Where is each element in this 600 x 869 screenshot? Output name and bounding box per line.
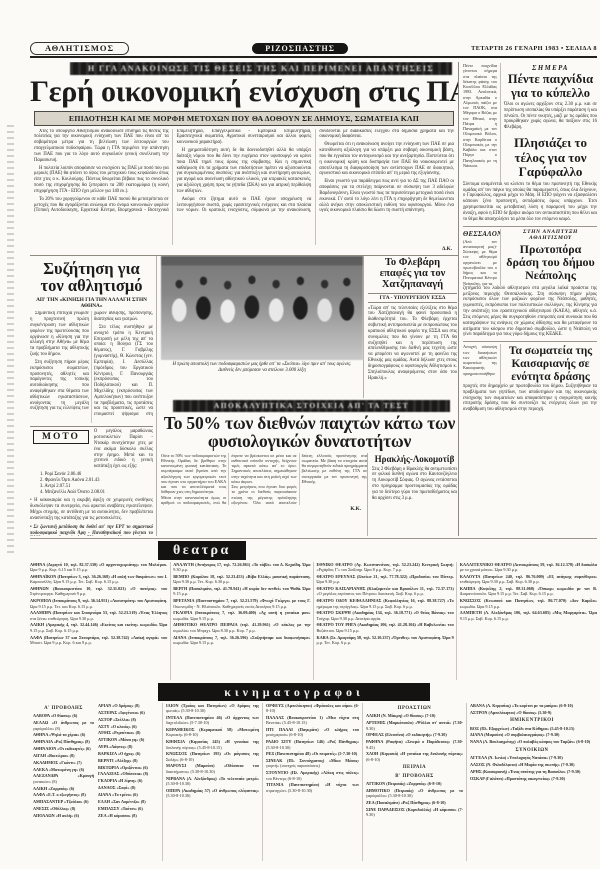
listing-entry: ΑΘΗΝΑ (Δεριγνύ 10, τηλ. 82.37.330) «Ο αρ… bbox=[30, 562, 167, 573]
listing-entry: ΒΙΚΤΩΡΙΑ «Οριζόντια» (6) bbox=[98, 765, 159, 770]
listing-subheader: Β' ΠΡΟΒΟΛΗΣ bbox=[366, 774, 463, 780]
listing-subheader: Α' ΠΡΟΒΟΛΗΣ bbox=[33, 706, 94, 712]
listing-entry: ΔΙΑΝΑ (Ιπποκράτους 7, τηλ. 36.26.596) «Σ… bbox=[173, 635, 310, 646]
cup-headline: Πέντε παιχνίδια για το κύπελλο bbox=[504, 73, 597, 100]
listing-entry: ΟΡΦΕΑΣ (Ελευσίνα) «Ο εκδικητής» (7-9.30) bbox=[366, 732, 463, 737]
content-area: Η ΓΓΑ ΑΝΑΚΟΙΝΩΣΕ ΤΙΣ ΘΕΣΕΙΣ ΤΗΣ ΚΑΙ ΠΕΡΙ… bbox=[30, 62, 597, 536]
cinemas-column-3: ΟΡΦΕΥΣ (Αμπελόκηποι) «Φράουλες και αίμα»… bbox=[262, 703, 362, 861]
listing-entry: ΑΛΕΞΑΝΔΡΑ «Κραυγή γυναικών» (8) bbox=[33, 773, 94, 784]
iraklis-article: Ηρακλής-Λοκομοτίβ Στις 2 Φλεβάρη ο Ηρακλ… bbox=[367, 453, 458, 536]
cinemas-column-4: ΠΡΟΑΣΤΙΩΝΑΛΙΚΗ (Ν. Μάκρη) «Ο θίασος» (7-… bbox=[362, 703, 466, 861]
discussion-headline: Συζήτηση για τον αθλητισμό bbox=[30, 260, 153, 295]
moto-note: • Η κακοκαιρία και η ακριβή άφιξη σε χει… bbox=[30, 498, 153, 521]
kaisariani-main: Τα σωματεία της Καισαριανής σε ενότητα δ… bbox=[501, 344, 597, 384]
page-header: ΑΘΛΗΤΙΣΜΟΣ ΡΙΖΟΣΠΑΣΤΗΣ ΤΕΤΑΡΤΗ 26 ΓΕΝΑΡΗ… bbox=[30, 42, 597, 58]
listing-entry: ΑΥΡΑ «Δάφνες» (8) bbox=[98, 744, 159, 749]
listing-entry: ΑΚΑΔΗΜΟΣ «Γκάντι» (7) bbox=[33, 760, 94, 765]
lead-subhead: ΕΠΙΔΟΤΗΣΗ ΚΑΙ ΜΕ ΜΟΡΦΗ ΜΕΤΟΧΩΝ ΠΟΥ ΘΑ ΔΟ… bbox=[34, 111, 454, 126]
listing-entry: ΑΘΗΝΑΪΚΟΝ (Πατησίων 3, τηλ. 36.26.168) «… bbox=[30, 574, 167, 585]
listing-entry: ΣΤΟΥΝΤΙΟ (Πλ. Αμερικής) «Αλίκη στις πόλε… bbox=[266, 770, 359, 781]
moto-intro: Ο μεγάλος μαραθώνιος μοτοσικλετών Παρίσι… bbox=[94, 429, 153, 470]
hatzipanagis-body: «Τώρα απ' τις τελευταίες εξελίξεις στο θ… bbox=[368, 306, 457, 382]
listing-entry: ΚΑΛΟΥΤΑ (Πατησίων 240, τηλ. 86.76.009) «… bbox=[460, 574, 597, 585]
thessaloniki-kicker: ΘΕΣΣΑΛΟΝΙΚΗ bbox=[463, 231, 497, 238]
neapolis-body: ζητήματα του λαϊκού αθλητισμού στα μεγάλ… bbox=[463, 286, 597, 338]
listing-entry: ΑΘΗΝΑΙΑ «Ροζ Πάνθηρας» (8) bbox=[33, 739, 94, 744]
hatzipanagis-subhead: ΓΓΑ - ΥΠΟΥΡΓΕΙΟΥ ΕΣΣΔ bbox=[368, 293, 457, 303]
listing-entry: ΖΕΑ «Η κόμισσα» (8) bbox=[98, 813, 159, 818]
listing-entry: ΑΛΣΟΣ (Ν. Φιλαδέλφεια) «Η Μαρία της σιωπ… bbox=[470, 762, 594, 767]
listing-entry: ΓΑΛΑΞΙΑΣ «Οδύσσεια» (8) bbox=[98, 771, 159, 776]
listing-entry: ΚΑΛΛΙΤΕΧΝΙΚΟ ΘΕΑΤΡΟ (Δεινοκράτους 59, τη… bbox=[460, 562, 597, 573]
discussion-subhead: ΑΠ' ΤΗΝ «ΚΙΝΗΣΗ ΓΙΑ ΤΗΝ ΑΛΛΑΓΗ ΣΤΗΝ ΑΘΗΝ… bbox=[30, 297, 153, 309]
discussion-body: Σημαντική επιτυχία γνώρισε η προχτεσινή … bbox=[30, 311, 153, 423]
lead-body: Χτες το υπουργείο Αθλητισμού ανακοίνωσε … bbox=[30, 129, 458, 245]
listing-entry: ΓΚΛΟΡΙΑ «Η λίμνη» (6) bbox=[98, 778, 159, 783]
listing-entry: ΔΑΝΑΟΣ «Σοφί» (8) bbox=[98, 785, 159, 790]
listing-entry: ΑΤΤΙΚΟΝ (Πειραιάς) «Ζορμπάς» (6-8-10) bbox=[366, 781, 463, 786]
listing-entry: ΔΗΜΟΤΙΚΟ (Πειραιάς) «Ο άνθρωπος με το γα… bbox=[366, 788, 463, 799]
listing-entry: Είναι γνωστό για παράδειγμα πως αντί για… bbox=[319, 179, 454, 214]
listing-entry: ΝΑΝΑ (Λ. Βουλιαγμένης) «Ο παλαβός κόσμος… bbox=[470, 739, 594, 744]
listing-entry: Η πολιτεία λοιπόν αποφάσισε να ενισχύσει… bbox=[34, 166, 169, 195]
listing-entry: ΚΝΩΣΣΟΣ (Πατησίων 195) «Οι μάγισσες της … bbox=[166, 751, 259, 762]
main-column: Η ΓΓΑ ΑΝΑΚΟΙΝΩΣΕ ΤΙΣ ΘΕΣΕΙΣ ΤΗΣ ΚΑΙ ΠΕΡΙ… bbox=[30, 62, 458, 536]
listing-subheader: ΗΜΙΚΕΝΤΡΙΚΟΙ bbox=[470, 718, 594, 724]
cup-brief: Πέντε παιχνίδια γίνονται σήμερα στα πλαί… bbox=[463, 63, 501, 182]
listing-entry: ΚΑΒΑ (Στ. Δραγούμη 58, τηλ. 52.10.237) «… bbox=[317, 635, 454, 646]
kaisariani-headline: Τα σωματεία της Καισαριανής σε ενότητα δ… bbox=[504, 345, 597, 384]
listing-entry: ΘΕΑΤΡΟ ΚΑΙΣΑΡΙΑΝΗΣ (Κλαζομενών και Βρυού… bbox=[317, 586, 454, 597]
listing-entry: ΑΚΡΟΠΟΛ (Ιπποκράτους 9, τηλ. 36.14.951) … bbox=[30, 598, 167, 609]
lead-headline: Γερή οικονομική ενίσχυση στις ΠΑΕ bbox=[30, 77, 458, 108]
neapolis-headline: Πρωτοπόρα δράση του δήμου Νεάπολης bbox=[504, 243, 597, 283]
moto-tv-note: • Σε ζωντανή μετάδοση θα δοθεί απ' την Ε… bbox=[30, 525, 153, 536]
listing-entry: ΚΑΠΠΑ (Κυψέλης 2, τηλ. 88.31.068) «Όσκαρ… bbox=[460, 586, 597, 597]
listing-entry: ΒΡΕΤΑΝΙΑ (Πανεπιστημίου 7, τηλ. 32.21.57… bbox=[173, 598, 310, 609]
listing-entry: ΡΑΦΗΝΑ (Ραφήνα) «Σινεμά ο Παράδεισος» (7… bbox=[366, 739, 463, 750]
tests-article: ΑΠΟΚΑΛΥΠΤΙΚΑ ΣΤΟΙΧΕΙΑ ΑΠ' ΤΑ ΤΕΣΤ Το 50%… bbox=[161, 400, 458, 536]
lead-kicker-banner: Η ΓΓΑ ΑΝΑΚΟΙΝΩΣΕ ΤΙΣ ΘΕΣΕΙΣ ΤΗΣ ΚΑΙ ΠΕΡΙ… bbox=[70, 62, 452, 75]
listing-entry: Χτες το υπουργείο Αθλητισμού ανακοίνωσε … bbox=[34, 129, 169, 164]
listing-entry: ΧΛΟΗ (Κηφισιά) «Η γυναίκα της διπλανής π… bbox=[366, 751, 463, 762]
today-kicker: ΣΗΜΕΡΑ bbox=[504, 65, 597, 72]
tests-headline: Το 50% των διεθνών παιχτών κάτω των φυσι… bbox=[161, 414, 458, 450]
section-label: ΑΘΛΗΤΙΣΜΟΣ bbox=[30, 42, 129, 55]
listing-entry: ΔΙΑΝΑ (Μαρούσι) «Ο συμβολαιογράφος» (7-9… bbox=[470, 732, 594, 737]
listing-entry: ΘΕΑΤΡΟ ΤΟΥ ΡΗΓΑ (Ακαδημίας 106, τηλ. 41.… bbox=[317, 622, 454, 633]
listing-entry: Στο τέλος συστήθηκε με ανοιχτό τρόπο η Κ… bbox=[94, 311, 153, 423]
discussion-article: Συζήτηση για τον αθλητισμό ΑΠ' ΤΗΝ «ΚΙΝΗ… bbox=[30, 260, 153, 424]
listing-entry: ΔΗΜΟΤΙΚΟ ΘΕΑΤΡΟ ΠΕΙΡΑΙΑ (τηλ. 41.29.961)… bbox=[173, 622, 310, 633]
listing-entry: ΚΕΡΑΜΕΙΚΟΣ (Κεραμεικού 58) «Ματωμένη Κυρ… bbox=[166, 727, 259, 738]
listing-entry: Η χρηματοδότηση αυτή δε θα δανειοδοτηθεί… bbox=[177, 148, 312, 195]
theatres-label: θεατρα bbox=[158, 541, 246, 560]
listing-entry: ΘΕΑΤΡΟ ΟΔΟΥ ΚΕΦΑΛΛΗΝΙΑΣ (Κεφαλληνίας 16,… bbox=[317, 598, 454, 609]
listing-entry: ΝΙΡΒΑΝΑ (Λ. Αλεξάνδρας) «Το τελευταίο με… bbox=[166, 776, 259, 787]
newspaper-page: ΑΘΛΗΤΙΣΜΟΣ ΡΙΖΟΣΠΑΣΤΗΣ ΤΕΤΑΡΤΗ 26 ΓΕΝΑΡΗ… bbox=[0, 0, 600, 869]
photo-block: Η πρώτη αποστολή των ποδοσφαιριστών μας … bbox=[161, 256, 363, 398]
listing-entry: ΡΑΔΙΟ ΣΙΤΥ (Πατησίων 146) «Ροζ Πάνθηρας»… bbox=[266, 739, 359, 750]
listing-entry: ΛΑΜΠΕΤΗ (Λ. Αλεξάνδρας 106, τηλ. 64.63.6… bbox=[460, 610, 597, 621]
listing-entry: ΘΕΑΤΡΟ ΕΡΕΥΝΑΣ (Ιλισίων 21, τηλ. 77.78.3… bbox=[317, 574, 454, 585]
listing-entry: ΟΡΦΕΥΣ (Αμπελόκηποι) «Φράουλες και αίμα»… bbox=[266, 703, 359, 714]
cinemas-listings: Α' ΠΡΟΒΟΛΗΣΑΑΒΟΡΑ «Ο θίασος» (6)ΑΕΛΛΩ «Ο… bbox=[30, 703, 597, 861]
tests-kicker-banner: ΑΠΟΚΑΛΥΠΤΙΚΑ ΣΤΟΙΧΕΙΑ ΑΠ' ΤΑ ΤΕΣΤ bbox=[173, 400, 450, 412]
photo-caption: Η πρώτη αποστολή των ποδοσφαιριστών μας … bbox=[161, 360, 363, 374]
neapolis-main: ΣΤΗΝ ΑΝΑΠΤΥΞΗ ΑΘΛΗΤΙΣΜΟΥ Πρωτοπόρα δράση… bbox=[501, 229, 597, 286]
listing-entry: ΙΛΙΟΝ (Τροίας και Πατησίων) «Ο δρόμος τη… bbox=[166, 703, 259, 714]
tests-body-row: Ούτε το 50% των ποδοσφαιριστών της Εθνικ… bbox=[161, 453, 458, 536]
iraklis-headline: Ηρακλής-Λοκομοτίβ bbox=[372, 455, 457, 465]
listing-entry: ΘΕΑΤΡΟ ΣΚΕΨΗ (Ακαδημίας 134, τηλ. 36.18.… bbox=[317, 610, 454, 621]
listing-entry: ΠΑΛΛΑΣ (Βουκουρεστίου 1) «Μια νύχτα στη … bbox=[266, 715, 359, 726]
listing-entry: ΑΝΑΛΥΤΗ (Αντήνορος 17, τηλ. 72.26.861) «… bbox=[173, 562, 310, 573]
tests-body: Ούτε το 50% των ποδοσφαιριστών της Εθνικ… bbox=[161, 453, 367, 506]
listing-entry: ΑΛΕΚΑ «Ματωμένη γη» (6) bbox=[33, 767, 94, 772]
neapolis-section: ΘΕΣΣΑΛΟΝΙΚΗ (Από τον ανταποκριτή μας)- Σ… bbox=[463, 226, 597, 339]
right-rail: Πέντε παιχνίδια γίνονται σήμερα στα πλαί… bbox=[458, 62, 597, 536]
listing-entry: ΑΜΠΑΣΑΝΤΕΡ «Τζούλια» (6) bbox=[33, 799, 94, 804]
listings-section: θεατρα ΑΘΗΝΑ (Δεριγνύ 10, τηλ. 82.37.330… bbox=[30, 538, 597, 863]
garyfallos-headline: Πλησιάζει το τέλος για τον Γαρύφαλλο bbox=[508, 136, 593, 180]
thessaloniki-note: (Από τον ανταποκριτή μας)- Σύσκεψη με θέ… bbox=[463, 239, 497, 286]
listing-entry: ΑΕΛΛΩ «Ο άνθρωπος με το γαρύφαλλο» (8) bbox=[33, 720, 94, 731]
listing-entry: ΤΙΤΑΝΙΑ (Πανεπιστημίου) «Η νύχτα των στρ… bbox=[266, 782, 359, 793]
listing-entry: ΣΙΝΕ ΠΑΡΑΔΕΙΣΟΣ (Κορυδαλλός) «Η κόμισσα»… bbox=[366, 807, 463, 818]
team-photo bbox=[161, 256, 363, 360]
listing-entry: ΑΛΙΚΗ (Αμερικής 4, τηλ. 32.44.146) «Εκεί… bbox=[30, 622, 167, 633]
listing-entry: ΕΛΛΗ «Σαν Λορέντζο» (8) bbox=[98, 799, 159, 804]
listing-entry: ΚΝΩΣΣΟΣ (Κνωσσού και Πατησίων, τηλ. 86.7… bbox=[460, 598, 597, 609]
listing-entry: ΑΓΓΕΛΑ (Ν. Ιωνία) «Υπολοχαγός Νατάσα» (7… bbox=[470, 755, 594, 760]
listing-entry: ΑΡΤΕΜΙΣ (Μαρκόπουλο) «Ψύλλοι στ' αυτιά» … bbox=[366, 720, 463, 731]
listing-entry: ΒΕΡΓΗ (Πασαλιμάνι, τηλ. 41.78.941) «Η κυ… bbox=[173, 586, 310, 597]
listing-entry: ΑΤΘΙΣ «Ρεμπέτικο» (8) bbox=[98, 730, 159, 735]
listing-entry: ΕΜΠΑΣΣΥ «Τοότσι» (6) bbox=[98, 806, 159, 811]
listing-subheader: ΣΥΝΟΙΚΙΩΝ bbox=[470, 748, 594, 754]
kaisariani-section: Ανοιχτή σύσκεψη των διοικήσεων των αθλητ… bbox=[463, 341, 597, 413]
listing-entry: ΟΣΚΑΡ (Γαλάτσι) «Προστάτης οικογενείας» … bbox=[470, 776, 594, 781]
garyfallos-body: Σύντομα αναμένεται να κλείσει το θέμα το… bbox=[463, 182, 597, 223]
listing-entry: ΙΝΤΕΑΛ (Πανεπιστημίου 46) «Ο άρχοντας τω… bbox=[166, 715, 259, 726]
theatres-block: θεατρα ΑΘΗΝΑ (Δεριγνύ 10, τηλ. 82.37.330… bbox=[30, 539, 597, 680]
cup-main: ΣΗΜΕΡΑ Πέντε παιχνίδια για το κύπελλο Όλ… bbox=[501, 63, 597, 182]
listing-entry: ΔΙΑΝΑ «Το τρένο» (6) bbox=[98, 792, 159, 797]
listing-entry: ΑΛΦΑ (Πατησίων 37 και Στουρνάρα, τηλ. 52… bbox=[30, 635, 167, 646]
listing-entry: ΑΘΗΝΑ «Ψηλά τα χέρια» (6) bbox=[33, 732, 94, 737]
kaisariani-body: προχτές στο δημαρχείο με πρωτοβουλία του… bbox=[463, 384, 597, 413]
listing-entry: ΟΠΕΡΑ (Ακαδημίας 57) «Ο άνθρωπος ελέφαντ… bbox=[166, 788, 259, 799]
moto-section: ΜΟΤΟ Ο μεγάλος μαραθώνιος μοτοσικλετών Π… bbox=[30, 426, 153, 536]
listing-entry: ΑΡΗΣ (Καισαριανή) «Ένας ιππότης για τη Β… bbox=[470, 769, 594, 774]
lead-article: Η ΓΓΑ ΑΝΑΚΟΙΝΩΣΕ ΤΙΣ ΘΕΣΕΙΣ ΤΗΣ ΚΑΙ ΠΕΡΙ… bbox=[30, 62, 458, 252]
listing-entry: ΣΙΝΕΑΚ (Πλ. Συντάγματος) «Μίκυ Μάους: γι… bbox=[266, 758, 359, 769]
listing-entry: Ούτε το 50% των ποδοσφαιριστών της Εθνικ… bbox=[161, 453, 226, 495]
listing-subheader: ΠΡΟΑΣΤΙΩΝ bbox=[366, 706, 463, 712]
iraklis-body: Στις 2 Φλεβάρη ο Ηρακλής θα αντιμετωπίσε… bbox=[372, 467, 457, 502]
listing-entry: ΑΣΤΟΡ «Στέλλα» (8) bbox=[98, 717, 159, 722]
listing-entry: ΑΠΟΛΛΩΝ «Η αυλή» (6) bbox=[33, 813, 94, 818]
dateline: ΤΕΤΑΡΤΗ 26 ΓΕΝΑΡΗ 1983 • ΣΕΛΙΔΑ 8 bbox=[471, 45, 597, 52]
theatres-listings: ΑΘΗΝΑ (Δεριγνύ 10, τηλ. 82.37.330) «Ο αρ… bbox=[30, 562, 597, 680]
cinemas-block: κινηματογραφοι Α' ΠΡΟΒΟΛΗΣΑΑΒΟΡΑ «Ο θίασ… bbox=[30, 683, 597, 861]
listing-entry: ΑΘΗΝΩΝ (Βουκουρεστίου 10, τηλ. 32.31.023… bbox=[30, 586, 167, 597]
cinemas-column-2: ΙΛΙΟΝ (Τροίας και Πατησίων) «Ο δρόμος τη… bbox=[162, 703, 262, 861]
lead-byline: Δ.Κ. bbox=[30, 246, 458, 252]
listing-entry: ΒΕΜΠΟ (Καρόλου 18, τηλ. 52.23.453) «Βίβα… bbox=[173, 574, 310, 585]
kaisariani-row: Ανοιχτή σύσκεψη των διοικήσεων των αθλητ… bbox=[463, 344, 597, 384]
moto-header-row: ΜΟΤΟ Ο μεγάλος μαραθώνιος μοτοσικλετών Π… bbox=[30, 429, 153, 470]
listing-entry: ΑΣΤΡΟΝ (Αμπελόκηποι) «Ο θίασος» (5.30-9) bbox=[470, 710, 594, 715]
listing-entry: ΜΑΡΟΥΣΙ (Μαρούσι) «Οδύσσεια του διαστήμα… bbox=[166, 763, 259, 774]
scan-artifact bbox=[7, 125, 14, 555]
listing-entry: ΑΛΦΑ «Ε.Τ. ο εξωγήινος» (8) bbox=[33, 792, 94, 797]
listing-entry: ΑΛΙΚΗ (Ν. Μάκρη) «Ο θίασος» (7-10) bbox=[366, 713, 463, 718]
listing-entry: ΒΑΡΚΙΖΑ «Ο ήχος» (6) bbox=[98, 751, 159, 756]
hatzipanagis-headline: Το Φλεβάρη επαφές για τον Χατζηπαναγή bbox=[368, 257, 457, 291]
listing-entry: ΑΛΑΜΠΡΑ (Πατησίων και Στουρνάρα 53, τηλ.… bbox=[30, 610, 167, 621]
listing-entry: ΠΤΙ ΠΑΛΑΙ (Παγκράτι) «Ο κλήρος του μεσημ… bbox=[266, 727, 359, 738]
listing-entry: ΑΑΒΟΡΑ «Ο θίασος» (6) bbox=[33, 713, 94, 718]
masthead: ΡΙΖΟΣΠΑΣΤΗΣ bbox=[252, 43, 348, 54]
listing-entry: Θεωρείται ότι η ανακοίνωση ανοίγει την ε… bbox=[319, 142, 454, 177]
listing-entry: ΒΟΞ (Πλ. Εξαρχείων) «Ταξίδι στα Κύθηρα» … bbox=[470, 726, 594, 731]
cinemas-column-5: ΑΒΑΝΑ (Λ. Κηφισίας) «Το κορίτσι με τα μα… bbox=[466, 703, 597, 861]
tests-body-block: Ούτε το 50% των ποδοσφαιριστών της Εθνικ… bbox=[161, 453, 367, 536]
listing-entry: ΕΘΝΙΚΟ ΘΕΑΤΡΟ (Αγ. Κωνσταντίνου, τηλ. 52… bbox=[317, 562, 454, 573]
moto-results: 1. Ρορί Σανόε 2.06.462. Φρανέλι Όρτι Ααό… bbox=[40, 472, 153, 496]
listing-entry: ΡΕΞ (Πανεπιστημίου 48) «Οι πειρατές» (5-… bbox=[266, 751, 359, 756]
listing-entry: ΑΡΙΑΝ «Ο δρόμος» (8) bbox=[98, 703, 159, 708]
listing-entry: 4. Μιτζανέλλι Ααλί Όνατο 2.08.01 bbox=[40, 490, 153, 496]
left-subcolumn: Συζήτηση για τον αθλητισμό ΑΠ' ΤΗΝ «ΚΙΝΗ… bbox=[30, 256, 157, 536]
tests-byline: Κ.Κ. bbox=[161, 506, 367, 512]
listing-entry: ΚΗΦΙΣΙΑ (Κηφισίας 245) «Η γυναίκα της δι… bbox=[166, 739, 259, 750]
hatzipanagis-article: Το Φλεβάρη επαφές για τον Χατζηπαναγή ΓΓ… bbox=[363, 256, 458, 398]
neapolis-row: ΘΕΣΣΑΛΟΝΙΚΗ (Από τον ανταποκριτή μας)- Σ… bbox=[463, 229, 597, 286]
cup-section: Πέντε παιχνίδια γίνονται σήμερα στα πλαί… bbox=[463, 63, 597, 182]
listing-entry: ΑΒΑΝΑ (Λ. Κηφισίας) «Το κορίτσι με τα μα… bbox=[470, 703, 594, 708]
listing-entry: ΑΝΕΣΙΣ «Οθέλλος» (8) bbox=[33, 806, 94, 811]
listing-entry: ΑΙΓΛΗ «Βικτώρια» (8) bbox=[33, 753, 94, 758]
listing-entry: ΑΤΤΙΚΟΝ «Μάνα γη» (6) bbox=[98, 737, 159, 742]
kaisariani-leadin: Ανοιχτή σύσκεψη των διοικήσεων των αθλητ… bbox=[463, 344, 501, 384]
cup-body: Όλοι οι αγώνες αρχίζουν στις 2.30 μ.μ. κ… bbox=[504, 102, 597, 131]
listing-entry: ΑΘΗΝΑΙΟΝ «Οι εκδικητές» (6) bbox=[33, 746, 94, 751]
listing-entry: ΓΚΛΟΡΙΑ (Ιπποκράτους 7, τηλ. 36.09.400) … bbox=[173, 610, 310, 621]
cinemas-column-1: Α' ΠΡΟΒΟΛΗΣΑΑΒΟΡΑ «Ο θίασος» (6)ΑΕΛΛΩ «Ο… bbox=[30, 703, 162, 861]
listing-entry: ΑΣΤΥ «Ο κλοιός» (6) bbox=[98, 724, 159, 729]
photo-row: Η πρώτη αποστολή των ποδοσφαιριστών μας … bbox=[161, 256, 458, 398]
listing-entry: ΒΕΡΝΤΙ «Αλέξης» (8) bbox=[98, 758, 159, 763]
neapolis-kicker: ΣΤΗΝ ΑΝΑΠΤΥΞΗ ΑΘΛΗΤΙΣΜΟΥ bbox=[504, 229, 597, 241]
middle-band: Συζήτηση για τον αθλητισμό ΑΠ' ΤΗΝ «ΚΙΝΗ… bbox=[30, 255, 458, 536]
cinemas-label: κινηματογραφοι bbox=[158, 683, 430, 701]
listing-subheader: ΠΕΙΡΑΙΑ bbox=[366, 765, 463, 771]
moto-box-label: ΜΟΤΟ bbox=[33, 430, 89, 444]
thessaloniki-column: ΘΕΣΣΑΛΟΝΙΚΗ (Από τον ανταποκριτή μας)- Σ… bbox=[463, 229, 501, 286]
listing-entry: ΖΕΑ (Πασαλιμάνι) «Ροζ Πάνθηρας» (6-8-10) bbox=[366, 800, 463, 805]
center-subcolumn: Η πρώτη αποστολή των ποδοσφαιριστών μας … bbox=[157, 256, 458, 536]
listing-entry: ΑΛΙΚΗ «Ζορμπάς» (6) bbox=[33, 786, 94, 791]
listing-entry: ΑΣΤΕΡΑΣ «Ιφιγένεια» (6) bbox=[98, 710, 159, 715]
listing-entry: Σημαντική επιτυχία γνώρισε η προχτεσινή … bbox=[30, 311, 89, 358]
